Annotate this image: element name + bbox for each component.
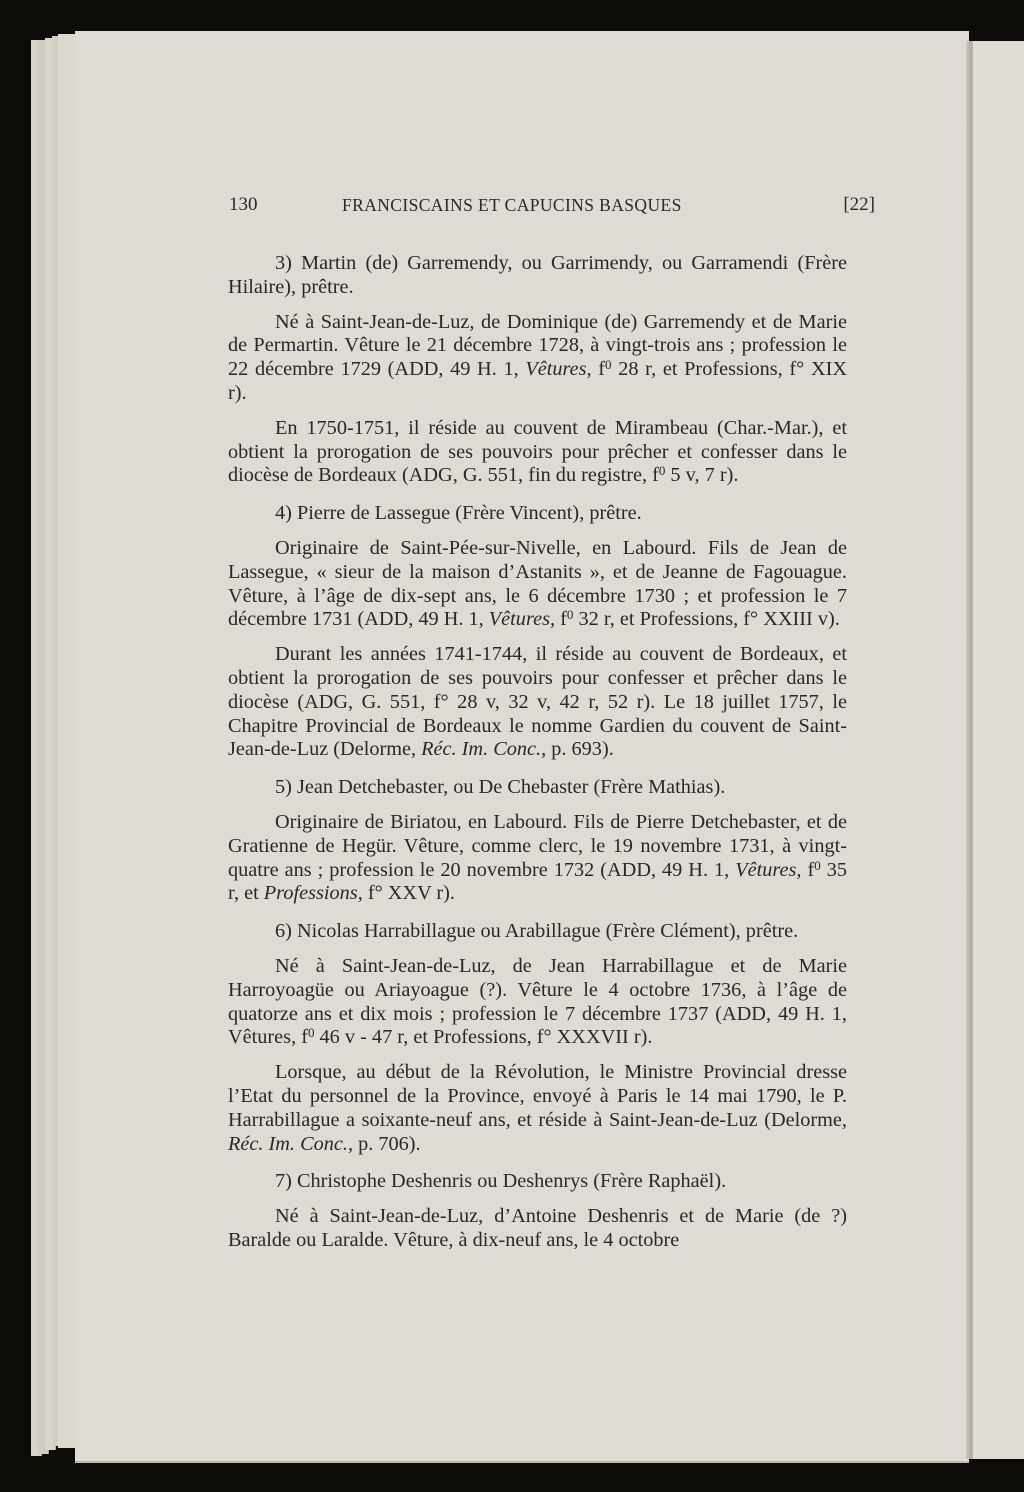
entry-heading: 4) Pierre de Lassegue (Frère Vincent), p… [228, 502, 847, 526]
text-run: 46 v - 47 r, et Professions, f° XXXVII r… [314, 1026, 652, 1048]
paragraph: Né à Saint-Jean-de-Luz, de Dominique (de… [228, 311, 847, 406]
text-run: f° XXV r). [363, 882, 455, 904]
text-run: f [801, 859, 814, 881]
entry-heading: 5) Jean Detchebaster, ou De Chebaster (F… [228, 776, 847, 800]
paragraph: Durant les années 1741-1744, il réside a… [228, 643, 847, 762]
text-run: Né à Saint-Jean-de-Luz, d’Antoine Deshen… [228, 1205, 847, 1251]
body-text: 3) Martin (de) Garremendy, ou Garrimendy… [228, 248, 847, 1264]
text-run: f [592, 358, 605, 380]
text-run: p. 706). [353, 1133, 421, 1155]
text-run: 5 v, 7 r). [665, 464, 738, 486]
facing-page-strip [971, 41, 1024, 1459]
paragraph: Originaire de Biriatou, en Labourd. Fils… [228, 811, 847, 906]
text-run: Lorsque, au début de la Révolution, le M… [228, 1061, 847, 1131]
section-number: [22] [843, 194, 875, 216]
entry-heading-text: 6) Nicolas Harrabillague ou Arabillague … [275, 920, 798, 942]
page-number: 130 [229, 194, 258, 216]
entry-heading: 6) Nicolas Harrabillague ou Arabillague … [228, 920, 847, 944]
paragraph: Né à Saint-Jean-de-Luz, d’Antoine Deshen… [228, 1205, 847, 1253]
entry-heading-text: 5) Jean Detchebaster, ou De Chebaster (F… [275, 776, 725, 798]
entry-heading-text: 7) Christophe Deshenris ou Deshenrys (Fr… [275, 1170, 726, 1192]
text-run: f [555, 608, 567, 630]
running-title: FRANCISCAINS ET CAPUCINS BASQUES [342, 195, 682, 216]
paragraph: Lorsque, au début de la Révolution, le M… [228, 1061, 847, 1156]
running-header: 130 FRANCISCAINS ET CAPUCINS BASQUES [22… [229, 194, 875, 224]
entry-heading: 3) Martin (de) Garremendy, ou Garrimendy… [228, 252, 847, 300]
paragraph: Né à Saint-Jean-de-Luz, de Jean Harrabil… [228, 955, 847, 1050]
paragraph: En 1750-1751, il réside au couvent de Mi… [228, 417, 847, 488]
text-run: En 1750-1751, il réside au couvent de Mi… [228, 417, 847, 487]
paragraph: Originaire de Saint-Pée-sur-Nivelle, en … [228, 537, 847, 632]
text-run: 32 r, et Professions, f° XXIII v). [573, 608, 839, 630]
entry-heading: 7) Christophe Deshenris ou Deshenrys (Fr… [228, 1170, 847, 1194]
entry-heading-text: 3) Martin (de) Garremendy, ou Garrimendy… [228, 252, 847, 298]
italic-run: Vêtures, [735, 859, 801, 881]
text-run: p. 693). [546, 738, 614, 760]
entry-heading-text: 4) Pierre de Lassegue (Frère Vincent), p… [275, 502, 642, 524]
italic-run: Réc. Im. Conc., [228, 1133, 353, 1155]
italic-run: Réc. Im. Conc., [421, 738, 546, 760]
italic-run: Professions, [264, 882, 363, 904]
italic-run: Vêtures, [525, 358, 591, 380]
italic-run: Vêtures, [489, 608, 555, 630]
